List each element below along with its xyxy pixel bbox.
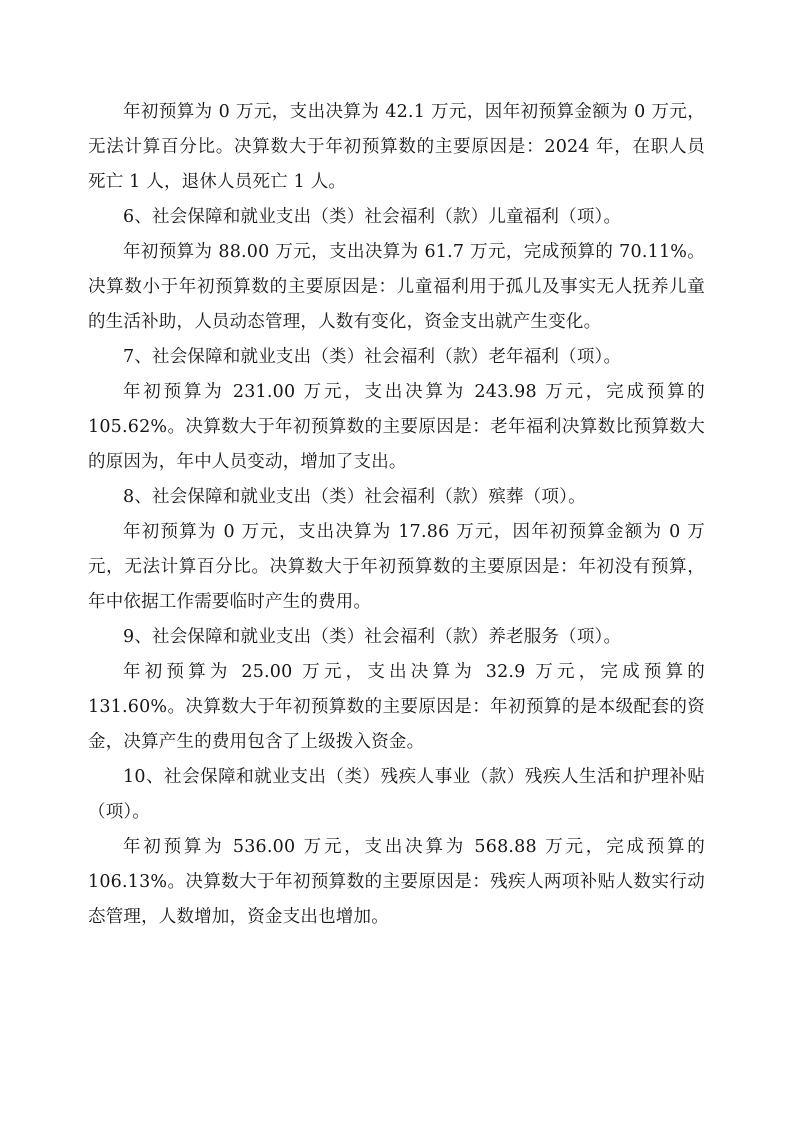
- heading-item-10: 10、社会保障和就业支出（类）残疾人事业（款）残疾人生活和护理补贴（项）。: [88, 760, 705, 830]
- paragraph-item10-detail: 年初预算为 536.00 万元，支出决算为 568.88 万元，完成预算的 10…: [88, 830, 705, 935]
- heading-item-7: 7、社会保障和就业支出（类）社会福利（款）老年福利（项）。: [88, 340, 705, 375]
- paragraph-item8-detail: 年初预算为 0 万元，支出决算为 17.86 万元，因年初预算金额为 0 万元，…: [88, 515, 705, 620]
- paragraph-item5-detail: 年初预算为 0 万元，支出决算为 42.1 万元，因年初预算金额为 0 万元，无…: [88, 95, 705, 200]
- paragraph-item6-detail: 年初预算为 88.00 万元，支出决算为 61.7 万元，完成预算的 70.11…: [88, 235, 705, 340]
- heading-item-6: 6、社会保障和就业支出（类）社会福利（款）儿童福利（项）。: [88, 200, 705, 235]
- document-page: 年初预算为 0 万元，支出决算为 42.1 万元，因年初预算金额为 0 万元，无…: [0, 0, 793, 1122]
- paragraph-item7-detail: 年初预算为 231.00 万元，支出决算为 243.98 万元，完成预算的 10…: [88, 375, 705, 480]
- document-body: 年初预算为 0 万元，支出决算为 42.1 万元，因年初预算金额为 0 万元，无…: [88, 95, 705, 935]
- heading-item-8: 8、社会保障和就业支出（类）社会福利（款）殡葬（项）。: [88, 480, 705, 515]
- heading-item-9: 9、社会保障和就业支出（类）社会福利（款）养老服务（项）。: [88, 620, 705, 655]
- paragraph-item9-detail: 年初预算为 25.00 万元，支出决算为 32.9 万元，完成预算的 131.6…: [88, 655, 705, 760]
